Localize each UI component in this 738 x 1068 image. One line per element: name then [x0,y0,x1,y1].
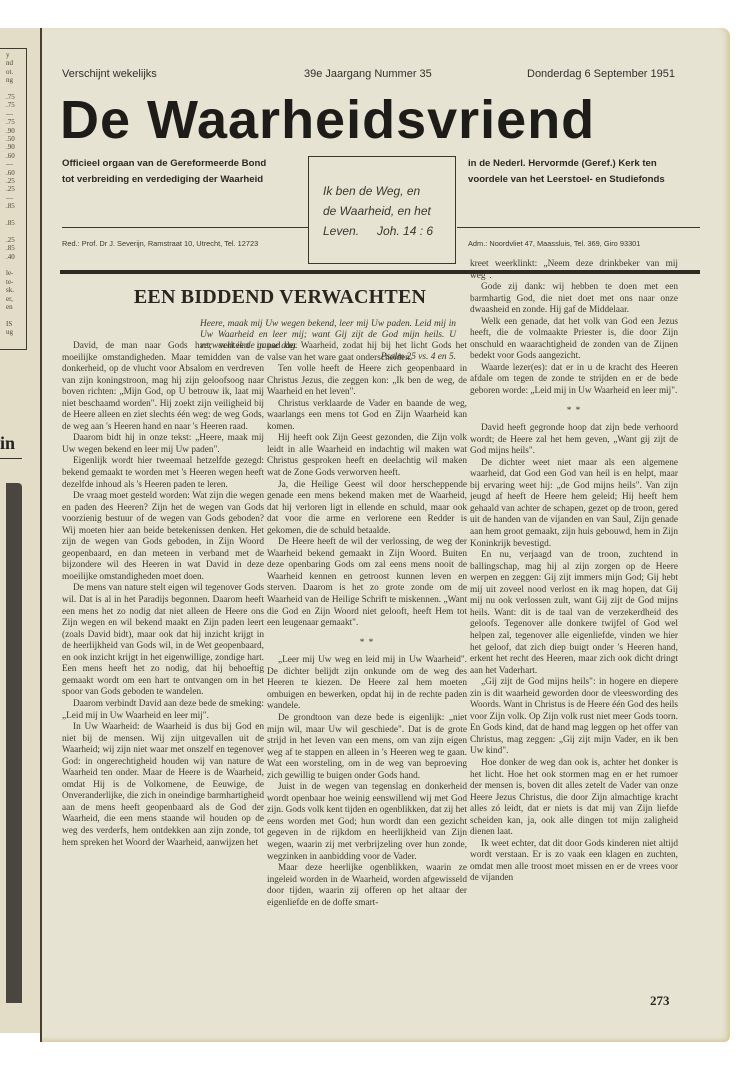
article-paragraph: Eigenlijk wordt hier tweemaal hetzelfde … [62,456,264,491]
previous-page-text-fragment: er, [6,296,13,303]
header-rule-left [62,227,308,228]
article-paragraph: David heeft gegronde hoop dat zijn bede … [470,423,678,458]
article-title: EEN BIDDEND VERWACHTEN [90,286,470,309]
previous-page-text-fragment: .25 [6,178,15,185]
article-paragraph: Ja, die Heilige Geest wil door herschepp… [267,480,467,538]
subtitle-right-line: voordele van het Leerstoel- en Studiefon… [468,172,665,188]
article-paragraph: Hoe donker de weg dan ook is, achter het… [470,758,678,839]
newspaper-page: Verschijnt wekelijks 39e Jaargang Nummer… [40,28,730,1042]
article-paragraph: De grondtoon van deze bede is eigenlijk:… [267,713,467,782]
article-paragraph: „Leer mij Uw weg en leid mij in Uw Waarh… [267,655,467,713]
subtitle-left-line: tot verbreiding en verdediging der Waarh… [62,172,266,188]
section-separator: * * [267,638,467,650]
previous-page-text-fragment: .85 [6,220,15,227]
previous-page-text-fragment: ug [6,329,13,336]
previous-page-text-fragment: .60 [6,170,15,177]
section-separator: * * [470,406,678,418]
motto-reference: Joh. 14 : 6 [377,224,433,238]
volume-number: 39e Jaargang Nummer 35 [304,68,432,80]
article-paragraph: Christus verklaarde de Vader en baande d… [267,399,467,434]
header-rule-right [457,227,700,228]
previous-page-text-fragment: ot. [6,69,13,76]
article-paragraph: Ten volle heeft de Heere zich geopenbaar… [267,364,467,399]
article-paragraph: Maar deze heerlijke ogenblikken, waarin … [267,863,467,909]
motto-text: Leven. [323,224,359,238]
article-paragraph: Hij heeft ook Zijn Geest gezonden, die Z… [267,433,467,479]
article-paragraph: Welk een genade, dat het volk van God ee… [470,317,678,363]
previous-page-text-fragment: — [6,161,13,168]
article-paragraph: Daarom bidt hij in onze tekst: „Heere, m… [62,433,264,456]
editor-address: Red.: Prof. Dr J. Severijn, Ramstraat 10… [62,239,258,248]
previous-page-text-fragment: en [6,304,13,311]
admin-address: Adm.: Noordvliet 47, Maassluis, Tel. 369… [468,239,640,248]
article-paragraph: En nu, verjaagd van de troon, zuchtend i… [470,550,678,677]
article-paragraph: Ik weet echter, dat dit door Gods kinder… [470,839,678,885]
article-paragraph: kreet weerklinkt: „Neem deze drinkbeker … [470,259,678,282]
article-paragraph: Daarom verbindt David aan deze bede de s… [62,699,264,722]
motto-line: Ik ben de Weg, en [323,181,455,201]
article-paragraph: De vraag moet gesteld worden: Wat zijn d… [62,491,264,583]
motto-line: de Waarheid, en het [323,201,455,221]
article-paragraph: pad der Waarheid, zodat hij bij het lich… [267,341,467,364]
article-paragraph: De Heere heeft de wil der verlossing, de… [267,537,467,629]
masthead-title: De Waarheidsvriend [60,90,700,150]
previous-page-text-fragment: .90 [6,128,15,135]
article-column-1: David, de man naar Gods hart, verkeert i… [62,341,264,849]
page-number: 273 [650,993,670,1009]
article-paragraph: Waarde lezer(es): dat er in u de kracht … [470,363,678,398]
article-paragraph: De mens van nature stelt eigen wil tegen… [62,583,264,698]
previous-page-dark-bar [6,483,22,1003]
previous-page-text-fragment: nd [6,60,13,67]
motto-box: Ik ben de Weg, en de Waarheid, en het Le… [308,156,456,264]
subtitle-right: in de Nederl. Hervormde (Geref.) Kerk te… [468,156,665,188]
previous-page-text-fragment: .25 [6,237,15,244]
previous-page-text-fragment: .85 [6,245,15,252]
article-paragraph: In Uw Waarheid: de Waarheid is dus bij G… [62,722,264,849]
previous-page-text-fragment: .90 [6,144,15,151]
publication-frequency: Verschijnt wekelijks [62,68,157,80]
previous-page-text-fragment: te- [6,279,13,286]
previous-page-text-fragment: sk. [6,287,14,294]
previous-page-text-fragment: .50 [6,136,15,143]
previous-page-heading-fragment: in [0,433,15,454]
previous-page-text-fragment: .75 [6,94,15,101]
previous-page-text-fragment: ng [6,77,13,84]
previous-page-text-fragment: .25 [6,186,15,193]
previous-page-text-fragment: — [6,195,13,202]
subtitle-left: Officieel orgaan van de Gereformeerde Bo… [62,156,266,188]
previous-page-text-fragment: IS [6,321,12,328]
article-paragraph: „Gij zijt de God mijns heils": in hogere… [470,677,678,758]
previous-page-text-fragment: y [6,52,10,59]
motto-line: Leven.Joh. 14 : 6 [323,221,455,241]
issue-date: Donderdag 6 September 1951 [527,68,675,80]
previous-page-text-fragment: .40 [6,254,15,261]
previous-page-text-fragment: .60 [6,153,15,160]
article-paragraph: Gode zij dank: wij hebben te doen met ee… [470,282,678,317]
page-gutter [40,28,42,1042]
article-paragraph: De dichter weet niet maar als een algeme… [470,458,678,550]
previous-page-text-fragment: .85 [6,203,15,210]
previous-page-rule [0,458,22,459]
subtitle-left-line: Officieel orgaan van de Gereformeerde Bo… [62,156,266,172]
article-paragraph: Juist in de wegen van tegenslag en donke… [267,782,467,863]
article-column-3: kreet weerklinkt: „Neem deze drinkbeker … [470,259,678,885]
previous-page-text-fragment: .75 [6,119,15,126]
previous-page-text-fragment: le- [6,270,13,277]
article-column-2: pad der Waarheid, zodat hij bij het lich… [267,341,467,909]
article-paragraph: David, de man naar Gods hart, verkeert i… [62,341,264,433]
previous-page-text-fragment: .75 [6,102,15,109]
previous-page-text-fragment: — [6,111,13,118]
previous-page-edge: yndot.ng.75.75—.75.90.50.90.60—.60.25.25… [0,28,42,1033]
subtitle-right-line: in de Nederl. Hervormde (Geref.) Kerk te… [468,156,665,172]
